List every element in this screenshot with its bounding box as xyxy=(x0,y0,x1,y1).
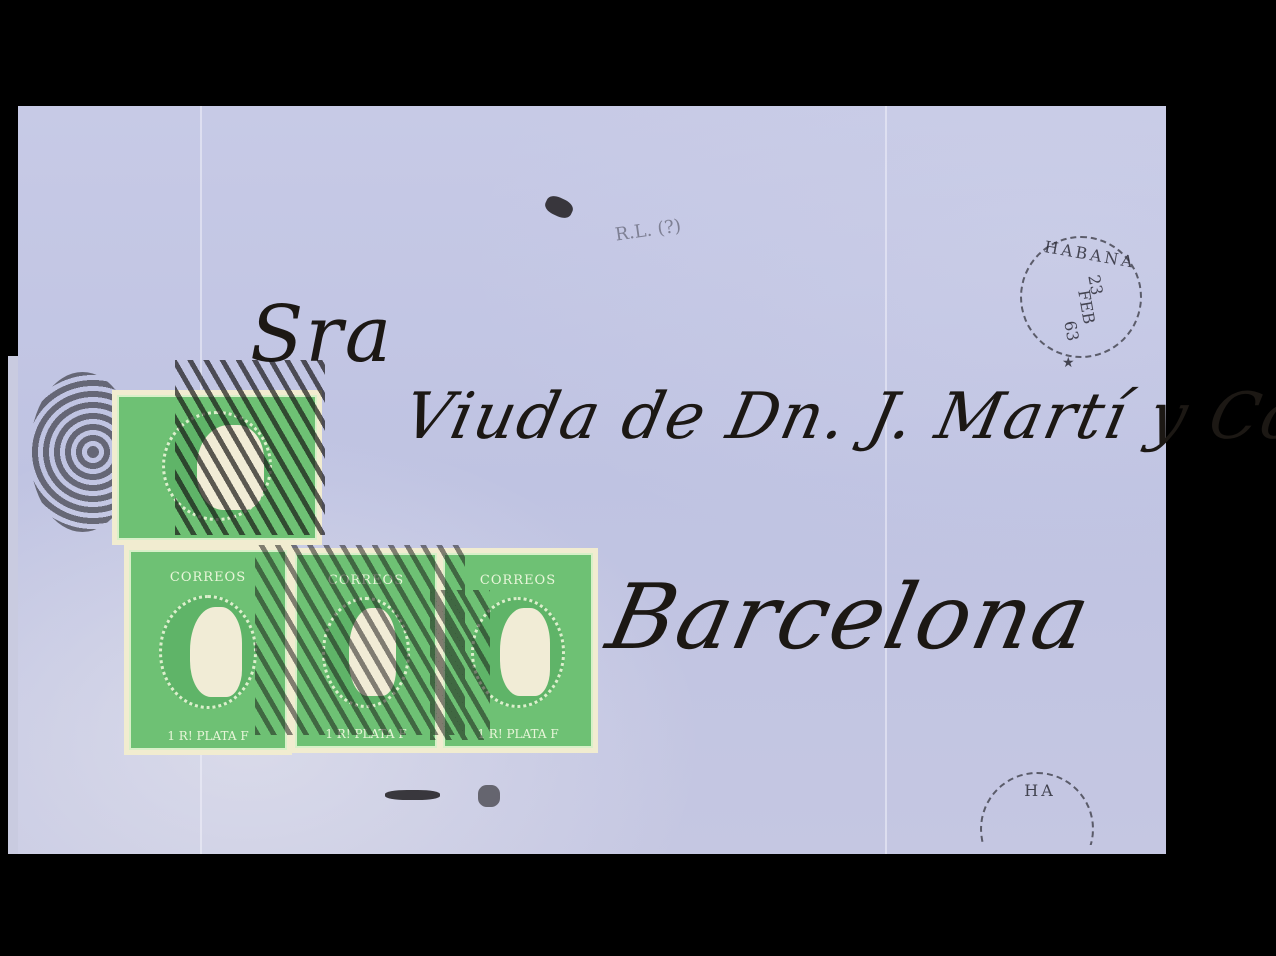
stamp-bottom-3: CORREOS 1 R! PLATA F xyxy=(438,548,598,753)
stamp-header: CORREOS xyxy=(170,570,246,585)
address-city: Barcelona xyxy=(599,565,1100,670)
address-name: Viuda de Dn. J. Martí y Codolar xyxy=(397,380,1276,454)
stamp-value: 1 R! PLATA F xyxy=(167,729,248,743)
stamp-value: 1 R! PLATA F xyxy=(477,727,558,741)
postmark-year: 63 xyxy=(1060,315,1083,348)
stamp-bottom-1: CORREOS 1 R! PLATA F xyxy=(124,545,292,755)
star-icon: ★ xyxy=(1062,354,1075,372)
stamp-value: 1 R! PLATA F xyxy=(325,727,406,741)
ink-mark xyxy=(385,790,440,800)
stamp-top xyxy=(112,390,322,545)
partial-postmark-text: HA xyxy=(1020,782,1060,800)
address-salutation: Sra xyxy=(250,290,393,380)
stamp-header: CORREOS xyxy=(328,573,404,588)
ink-mark xyxy=(478,785,500,807)
paper-fold xyxy=(885,106,887,854)
stamp-header: CORREOS xyxy=(480,573,556,588)
stamp-bottom-2: CORREOS 1 R! PLATA F xyxy=(290,548,442,753)
